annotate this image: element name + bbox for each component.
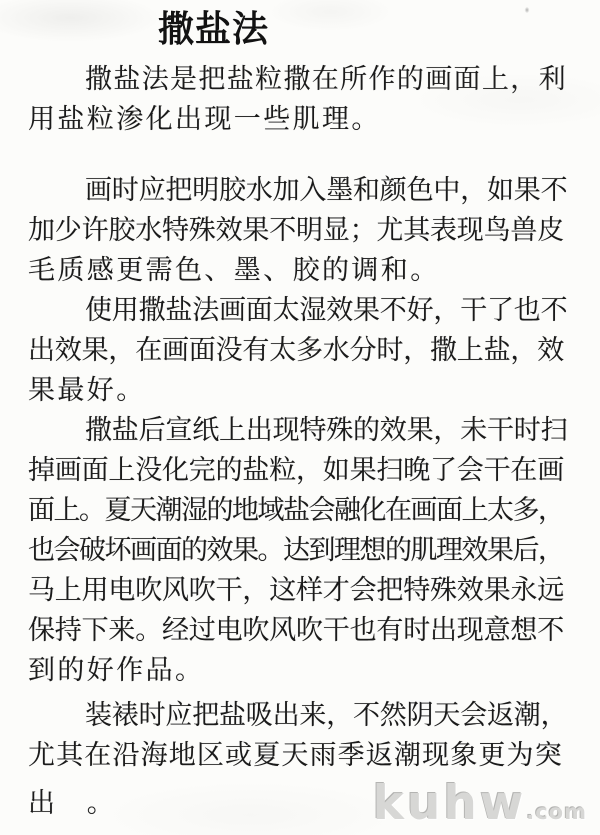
watermark-name: kuhw (373, 776, 527, 831)
text-line: 装裱时应把盐吸出来，不然阴天会返潮， (28, 696, 568, 736)
text-line: 用盐粒渗化出现一些肌理。 (28, 100, 568, 140)
document-page: 撒盐法 撒盐法是把盐粒撒在所作的画面上，利 用盐粒渗化出现一些肌理。 画时应把明… (0, 0, 600, 835)
watermark-tld: .com (526, 800, 587, 824)
page-title: 撒盐法 (0, 0, 600, 56)
text-line: 面上。夏天潮湿的地域盐会融化在画面上太多， (28, 491, 568, 531)
paragraph-drying: 撒盐后宣纸上出现特殊的效果，未干时扫 掉画面上没化完的盐粒，如果扫晚了会干在画 … (28, 411, 568, 691)
document-body: 撒盐法是把盐粒撒在所作的画面上，利 用盐粒渗化出现一些肌理。 画时应把明胶水加入… (0, 56, 600, 824)
text-line: 加少许胶水特殊效果不明显；尤其表现鸟兽皮 (28, 211, 568, 251)
text-line: 画时应把明胶水加入墨和颜色中，如果不 (28, 171, 568, 211)
text-line: 使用撒盐法画面太湿效果不好，干了也不 (28, 291, 568, 331)
text-line: 也会破坏画面的效果。达到理想的肌理效果后， (28, 531, 568, 571)
text-line: 保持下来。经过电吹风吹干也有时出现意想不 (28, 611, 568, 651)
text-line: 尤其在沿海地区或夏天雨季返潮现象更为突 (28, 736, 568, 776)
text-line: 毛质感更需色、墨、胶的调和。 (28, 251, 568, 291)
text-line: 果最好。 (28, 371, 568, 411)
text-line: 出效果，在画面没有太多水分时，撒上盐，效 (28, 331, 568, 371)
text-line: 掉画面上没化完的盐粒，如果扫晚了会干在画 (28, 451, 568, 491)
text-line: 马上用电吹风吹干，这样才会把特殊效果永远 (28, 571, 568, 611)
paragraph-intro: 撒盐法是把盐粒撒在所作的画面上，利 用盐粒渗化出现一些肌理。 (28, 60, 568, 140)
text-line: 撒盐法是把盐粒撒在所作的画面上，利 (28, 60, 568, 100)
paragraph-glue-mixing: 画时应把明胶水加入墨和颜色中，如果不 加少许胶水特殊效果不明显；尤其表现鸟兽皮 … (28, 171, 568, 291)
watermark: kuhw.com (373, 780, 587, 827)
text-line: 撒盐后宣纸上出现特殊的效果，未干时扫 (28, 411, 568, 451)
text-line: 到的好作品。 (28, 651, 568, 691)
paragraph-wetness: 使用撒盐法画面太湿效果不好，干了也不 出效果，在画面没有太多水分时，撒上盐，效 … (28, 291, 568, 411)
